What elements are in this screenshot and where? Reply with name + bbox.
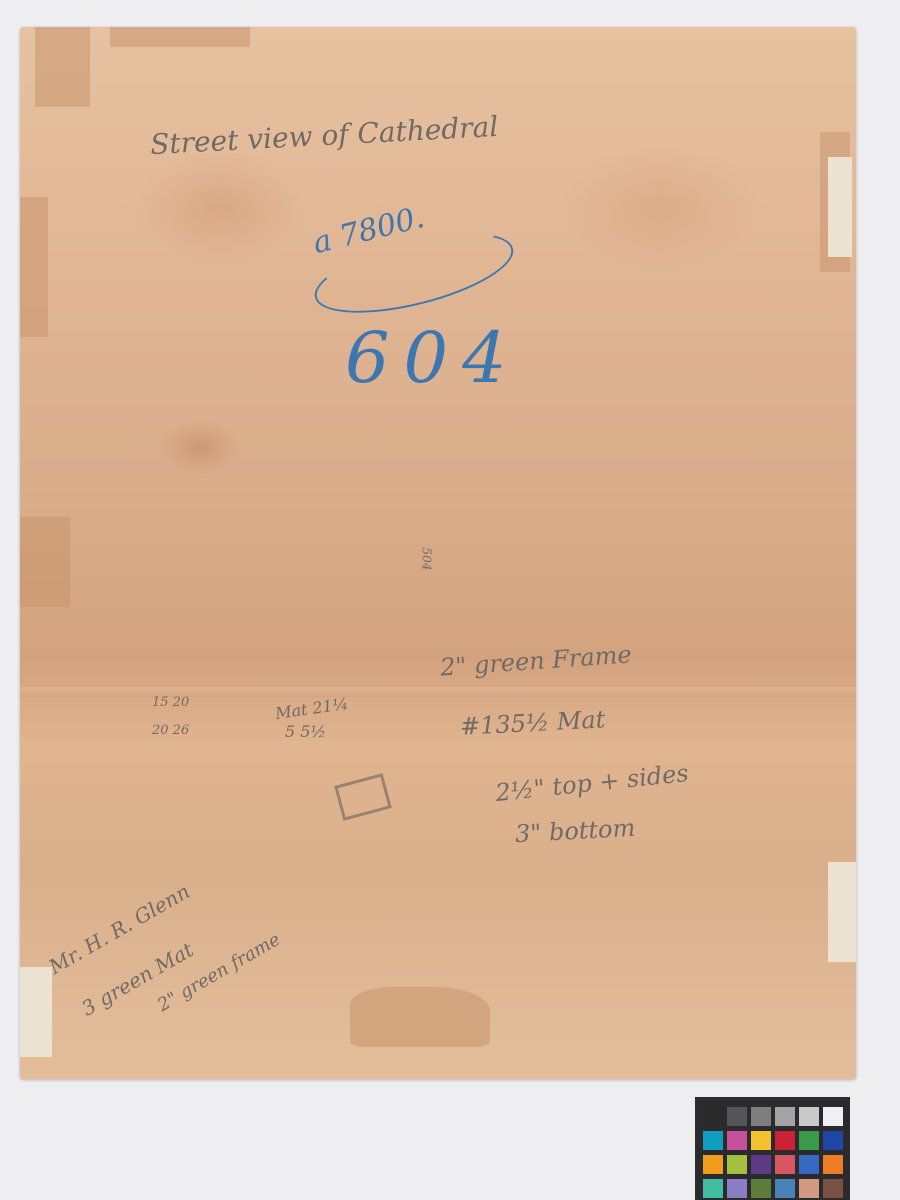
color-swatch [775,1131,795,1150]
mat-note: #135½ Mat [459,705,606,741]
color-swatch [703,1107,723,1126]
color-swatch [799,1131,819,1150]
color-swatch [727,1107,747,1126]
frame-note: 2" green Frame [439,640,632,681]
color-swatch [727,1155,747,1174]
owner-note: 2" green frame [154,929,284,1016]
mat-figure: 15 20 [152,695,189,710]
margin-note: 2½" top + sides [494,759,690,807]
color-calibration-chart [695,1097,850,1200]
rubber-stamp-mark [334,773,392,821]
color-swatch [823,1155,843,1174]
color-swatch [775,1107,795,1126]
artwork-board-back: Street view of Cathedral a 7800. 604 504… [20,27,856,1079]
mat-figure: Mat 21¼ [274,694,349,723]
tape-residue [35,27,90,107]
color-swatch [751,1107,771,1126]
paper-tape [20,967,52,1057]
title-inscription: Street view of Cathedral [149,110,499,161]
mat-figure: 5 5½ [285,722,326,741]
color-swatch [799,1155,819,1174]
inventory-number: 604 [345,317,521,399]
paper-tape [828,157,852,257]
color-swatch [823,1107,843,1126]
color-swatch [823,1179,843,1198]
tape-residue [20,197,48,337]
paper-tape [828,862,856,962]
color-swatch [703,1179,723,1198]
adhesive-stain [350,987,490,1047]
color-swatch [775,1155,795,1174]
color-swatch [703,1131,723,1150]
color-swatch [751,1155,771,1174]
small-number: 504 [419,548,433,571]
bottom-note: 3" bottom [514,814,636,848]
color-swatch [823,1131,843,1150]
fold-line [20,687,856,697]
color-swatch [775,1179,795,1198]
color-swatch [703,1155,723,1174]
tape-residue [20,517,70,607]
color-swatch [799,1179,819,1198]
color-swatch [727,1179,747,1198]
mat-figure: 20 26 [152,723,189,738]
tape-residue [110,27,250,47]
color-swatch [727,1131,747,1150]
color-swatch [751,1179,771,1198]
color-swatch [751,1131,771,1150]
color-swatch [799,1107,819,1126]
